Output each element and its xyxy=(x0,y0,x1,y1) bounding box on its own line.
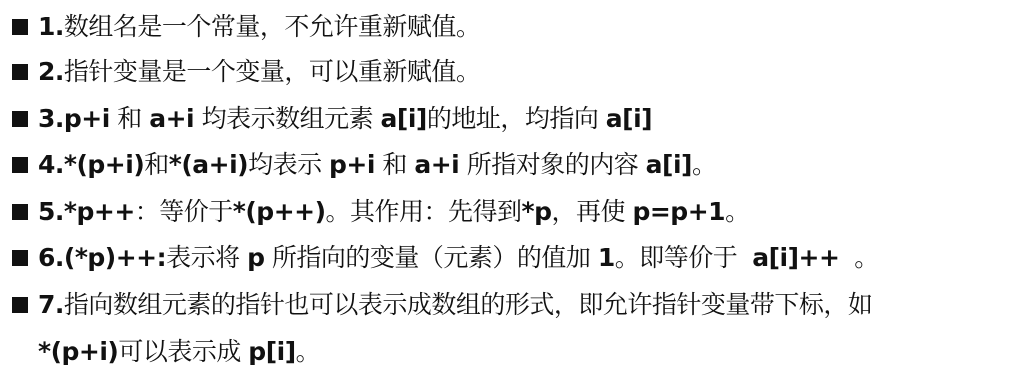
item-text: 。 xyxy=(839,243,878,273)
code-fragment: *(p+i) xyxy=(64,150,144,180)
code-fragment: a+i xyxy=(149,104,194,134)
square-bullet-icon xyxy=(12,157,28,173)
item-number: 1. xyxy=(38,12,64,42)
square-bullet-icon xyxy=(12,297,28,313)
list-item-4: 4. *(p+i) 和 *(a+i) 均表示 p+i 和 a+i 所指对象的内容… xyxy=(12,150,716,180)
item-number: 6. xyxy=(38,243,64,273)
item-text: 和 xyxy=(144,150,169,180)
item-number: 2. xyxy=(38,57,64,87)
code-fragment: *(p+i) xyxy=(38,337,118,366)
item-text: ：等价于 xyxy=(135,197,233,227)
list-item-5: 5. *p++ ：等价于 *(p++) 。其作用：先得到 *p ，再使 p=p+… xyxy=(12,197,750,227)
item-text: 均表示数组元素 xyxy=(194,104,380,134)
list-item-7: 7. 指向数组元素的指针也可以表示成数组的形式，即允许指针变量带下标，如 xyxy=(12,290,872,320)
item-text: 。其作用：先得到 xyxy=(326,197,522,227)
code-fragment: a[i] xyxy=(646,150,692,180)
square-bullet-icon xyxy=(12,250,28,266)
item-text: 所指对象的内容 xyxy=(459,150,645,180)
item-text: 表示将 xyxy=(166,243,247,273)
code-fragment: p+i xyxy=(64,104,110,134)
square-bullet-icon xyxy=(12,64,28,80)
code-fragment: *p xyxy=(522,197,552,227)
item-text: 均表示 xyxy=(248,150,329,180)
item-number: 7. xyxy=(38,290,64,320)
code-fragment: a[i] xyxy=(606,104,652,134)
code-fragment: p=p+1 xyxy=(632,197,725,227)
item-text: 可以表示成 xyxy=(118,337,248,366)
item-text: ，再使 xyxy=(552,197,633,227)
square-bullet-icon xyxy=(12,19,28,35)
list-item-6: 6. (*p)++: 表示将 p 所指向的变量（元素）的值加 1 。即等价于 a… xyxy=(12,243,879,273)
code-fragment: *p++ xyxy=(64,197,135,227)
item-text: 。 xyxy=(296,337,321,366)
square-bullet-icon xyxy=(12,204,28,220)
item-text: 和 xyxy=(375,150,414,180)
item-text: 所指向的变量（元素）的值加 xyxy=(264,243,597,273)
code-fragment: (*p)++: xyxy=(64,243,166,273)
code-fragment: a[i]++ xyxy=(752,243,839,273)
list-item-2: 2. 指针变量是一个变量，可以重新赋值。 xyxy=(12,57,480,87)
item-number: 3. xyxy=(38,104,64,134)
item-text: 。 xyxy=(725,197,750,227)
square-bullet-icon xyxy=(12,111,28,127)
code-fragment: *(a+i) xyxy=(169,150,248,180)
list-item-1: 1. 数组名是一个常量，不允许重新赋值。 xyxy=(12,12,480,42)
code-fragment: p[i] xyxy=(248,337,295,366)
code-fragment: *(p++) xyxy=(233,197,326,227)
code-fragment: p+i xyxy=(329,150,375,180)
item-number: 5. xyxy=(38,197,64,227)
code-fragment: a[i] xyxy=(381,104,427,134)
item-text: 指针变量是一个变量，可以重新赋值。 xyxy=(64,57,481,87)
item-text: 。即等价于 xyxy=(615,243,752,273)
item-text: 指向数组元素的指针也可以表示成数组的形式，即允许指针变量带下标，如 xyxy=(64,290,873,320)
item-text: 。 xyxy=(692,150,717,180)
list-item-7-continuation: *(p+i)可以表示成 p[i]。 xyxy=(38,337,320,367)
item-text: 的地址，均指向 xyxy=(427,104,606,134)
item-text: 和 xyxy=(110,104,149,134)
list-item-3: 3. p+i 和 a+i 均表示数组元素 a[i] 的地址，均指向 a[i] xyxy=(12,104,652,134)
code-fragment: a+i xyxy=(414,150,459,180)
item-number: 4. xyxy=(38,150,64,180)
code-fragment: 1 xyxy=(598,243,615,273)
code-fragment: p xyxy=(247,243,264,273)
item-text: 数组名是一个常量，不允许重新赋值。 xyxy=(64,12,481,42)
